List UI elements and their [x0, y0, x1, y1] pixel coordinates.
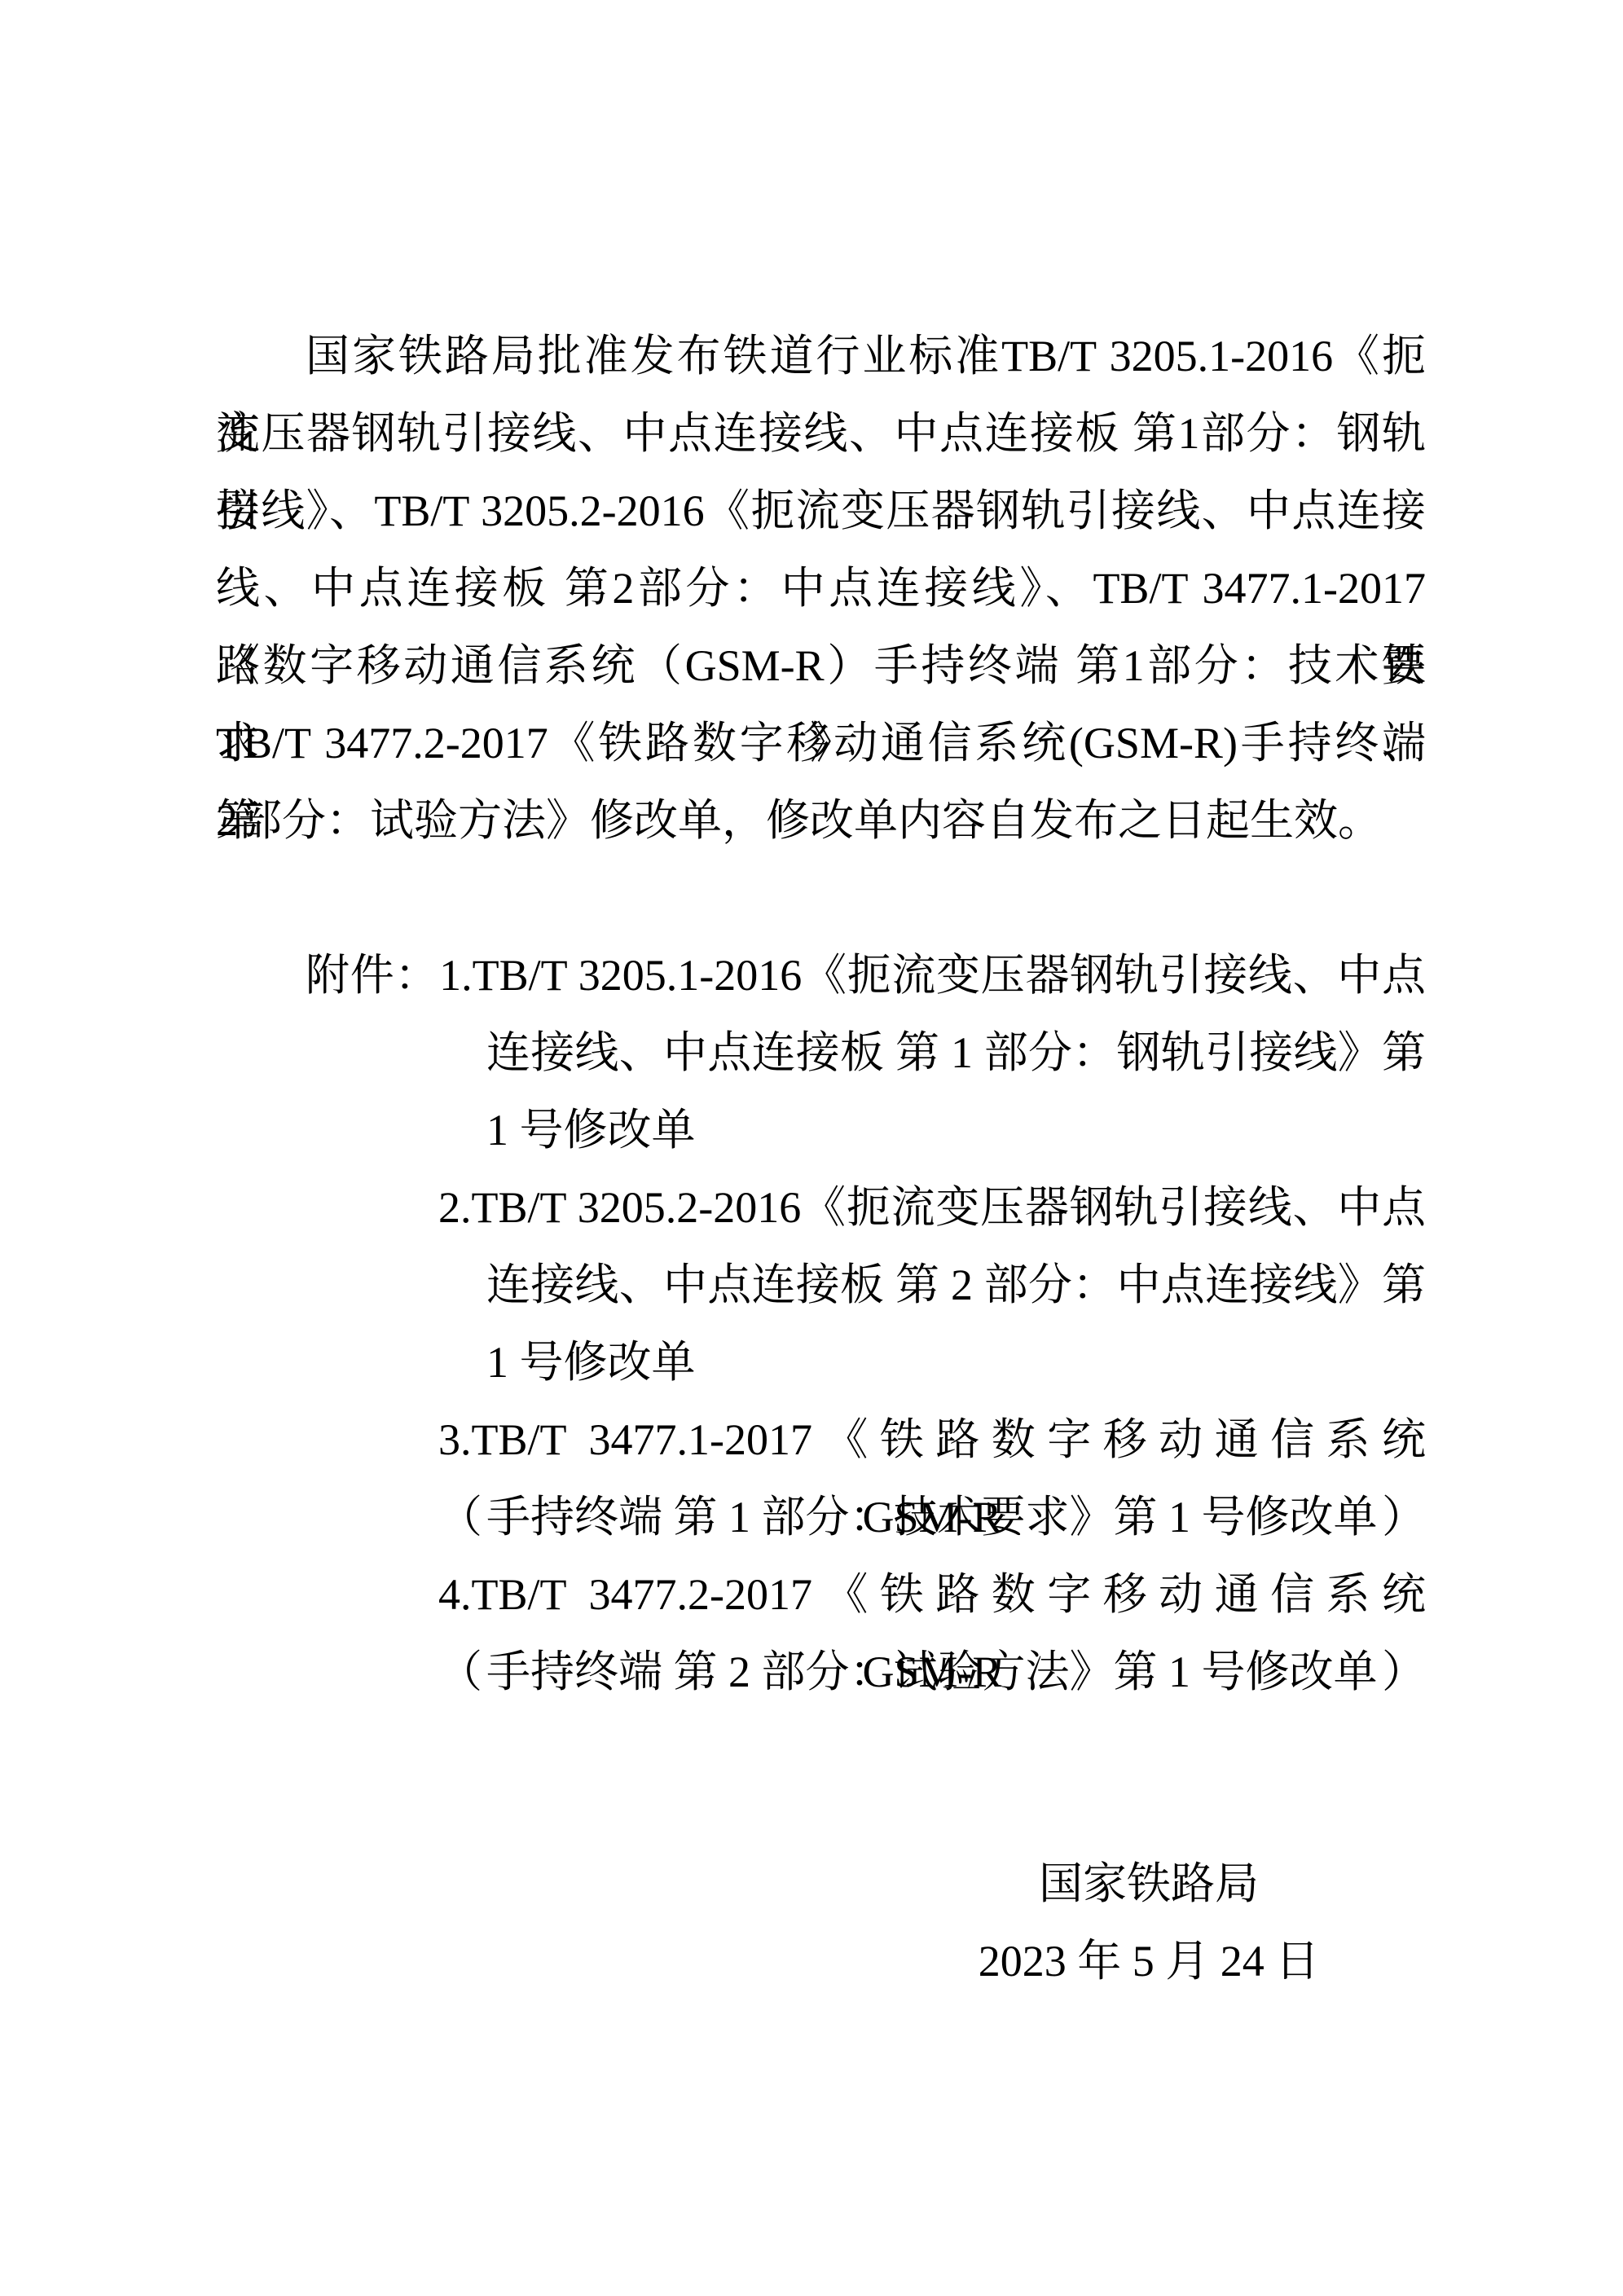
attachment-line: 1 号修改单 [216, 1092, 1426, 1169]
attachment-line: 附件：1.TB/T 3205.1-2016《扼流变压器钢轨引接线、中点 [216, 937, 1426, 1014]
signature-block: 国家铁路局 2023 年 5 月 24 日 [675, 1845, 1623, 2000]
paragraph-line: 2部分：试验方法》修改单，修改单内容自发布之日起生效。 [216, 782, 1426, 860]
document-page: 国家铁路局批准发布铁道行业标准TB/T 3205.1-2016《扼流 变压器钢轨… [0, 0, 1623, 2296]
attachment-line: 连接线、中点连接板 第 1 部分：钢轨引接线》第 [216, 1014, 1426, 1092]
signature-date: 2023 年 5 月 24 日 [675, 1923, 1623, 2000]
attachment-line: 手持终端 第 1 部分：技术要求》第 1 号修改单 [216, 1479, 1426, 1556]
body-paragraph: 国家铁路局批准发布铁道行业标准TB/T 3205.1-2016《扼流 变压器钢轨… [216, 318, 1426, 860]
paragraph-line: 变压器钢轨引接线、中点连接线、中点连接板 第1部分：钢轨引 [216, 395, 1426, 473]
paragraph-line: 线、中点连接板 第2部分：中点连接线》、TB/T 3477.1-2017《铁 [216, 550, 1426, 627]
paragraph-line: 接线》、TB/T 3205.2-2016《扼流变压器钢轨引接线、中点连接 [216, 473, 1426, 550]
paragraph-line: TB/T 3477.2-2017《铁路数字移动通信系统(GSM-R)手持终端 第 [216, 705, 1426, 782]
attachment-list: 附件：1.TB/T 3205.1-2016《扼流变压器钢轨引接线、中点 连接线、… [216, 937, 1426, 1711]
signature-issuer: 国家铁路局 [675, 1845, 1623, 1923]
attachment-line: 连接线、中点连接板 第 2 部分：中点连接线》第 [216, 1247, 1426, 1324]
paragraph-line: 路数字移动通信系统（GSM-R）手持终端 第1部分：技术要求》、 [216, 627, 1426, 705]
attachment-line: 2.TB/T 3205.2-2016《扼流变压器钢轨引接线、中点 [216, 1169, 1426, 1247]
attachment-line: 4.TB/T 3477.2-2017《铁路数字移动通信系统（GSM-R） [216, 1556, 1426, 1634]
attachment-line: 手持终端 第 2 部分：试验方法》第 1 号修改单 [216, 1634, 1426, 1711]
paragraph-line: 国家铁路局批准发布铁道行业标准TB/T 3205.1-2016《扼流 [216, 318, 1426, 395]
attachment-line: 1 号修改单 [216, 1324, 1426, 1401]
attachment-line: 3.TB/T 3477.1-2017《铁路数字移动通信系统（GSM-R） [216, 1401, 1426, 1479]
